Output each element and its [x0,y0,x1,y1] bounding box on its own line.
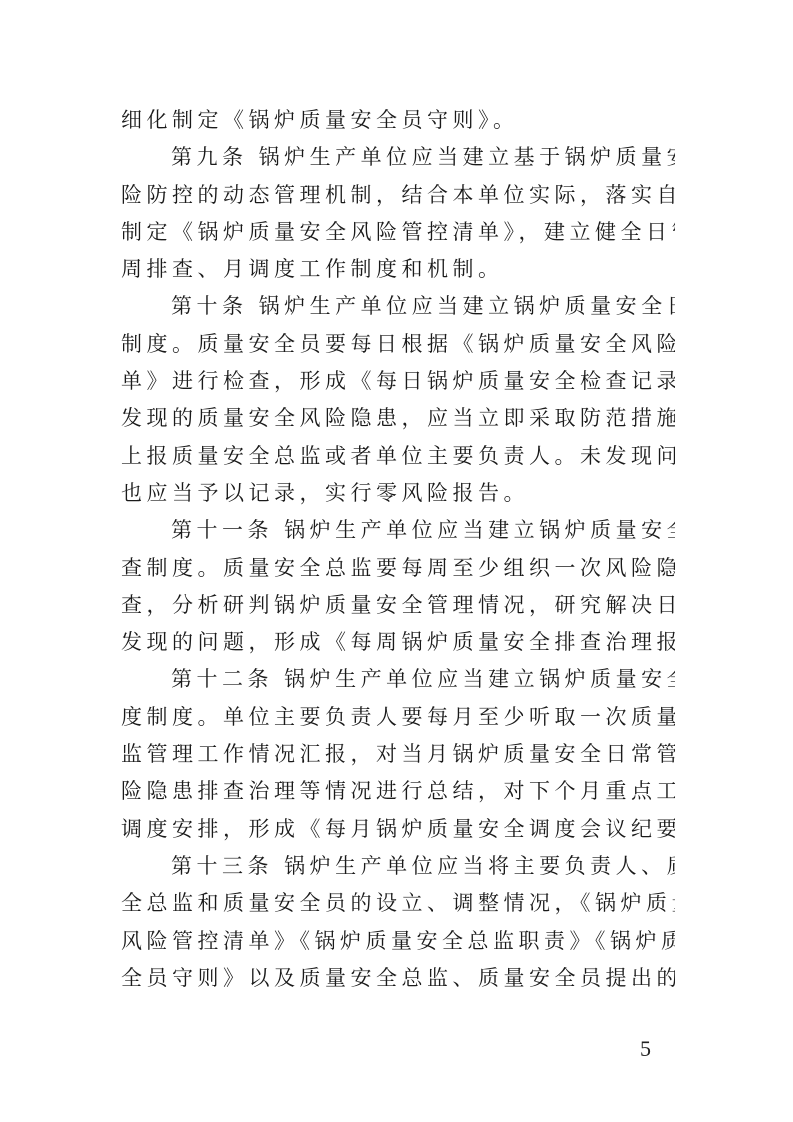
text-line: 全总监和质量安全员的设立、调整情况，《锅炉质量安全 [121,885,675,922]
text-line: 监管理工作情况汇报，对当月锅炉质量安全日常管理、风 [121,736,675,773]
text-line: 也应当予以记录，实行零风险报告。 [121,475,675,512]
text-line: 单》进行检查，形成《每日锅炉质量安全检查记录》，对 [121,363,675,400]
text-line: 险隐患排查治理等情况进行总结，对下个月重点工作作出 [121,773,675,810]
page-number: 5 [640,1036,651,1062]
article-13-heading-line: 第十三条 锅炉生产单位应当将主要负责人、质量安 [121,848,675,885]
text-line: 制定《锅炉质量安全风险管控清单》，建立健全日管控、 [121,214,675,251]
text-line: 发现的质量安全风险隐患，应当立即采取防范措施，及时 [121,400,675,437]
article-12-heading-line: 第十二条 锅炉生产单位应当建立锅炉质量安全月调 [121,661,675,698]
document-page: 细化制定《锅炉质量安全员守则》。 第九条 锅炉生产单位应当建立基于锅炉质量安全风… [121,102,675,997]
article-10-heading-line: 第十条 锅炉生产单位应当建立锅炉质量安全日管控 [121,288,675,325]
text-line: 全员守则》以及质量安全总监、质量安全员提出的意见建 [121,960,675,997]
text-line: 调度安排，形成《每月锅炉质量安全调度会议纪要》。 [121,811,675,848]
text-line: 制度。质量安全员要每日根据《锅炉质量安全风险管控清 [121,326,675,363]
article-11-heading-line: 第十一条 锅炉生产单位应当建立锅炉质量安全周排 [121,512,675,549]
article-9-heading-line: 第九条 锅炉生产单位应当建立基于锅炉质量安全风 [121,139,675,176]
text-line: 发现的问题，形成《每周锅炉质量安全排查治理报告》。 [121,624,675,661]
text-line: 查，分析研判锅炉质量安全管理情况，研究解决日管控中 [121,587,675,624]
text-line: 查制度。质量安全总监要每周至少组织一次风险隐患排 [121,550,675,587]
text-line: 周排查、月调度工作制度和机制。 [121,251,675,288]
text-line: 险防控的动态管理机制，结合本单位实际，落实自查要求， [121,177,675,214]
text-line: 风险管控清单》《锅炉质量安全总监职责》《锅炉质量安 [121,923,675,960]
text-line: 细化制定《锅炉质量安全员守则》。 [121,102,675,139]
text-line: 度制度。单位主要负责人要每月至少听取一次质量安全总 [121,699,675,736]
text-line: 上报质量安全总监或者单位主要负责人。未发现问题的， [121,438,675,475]
